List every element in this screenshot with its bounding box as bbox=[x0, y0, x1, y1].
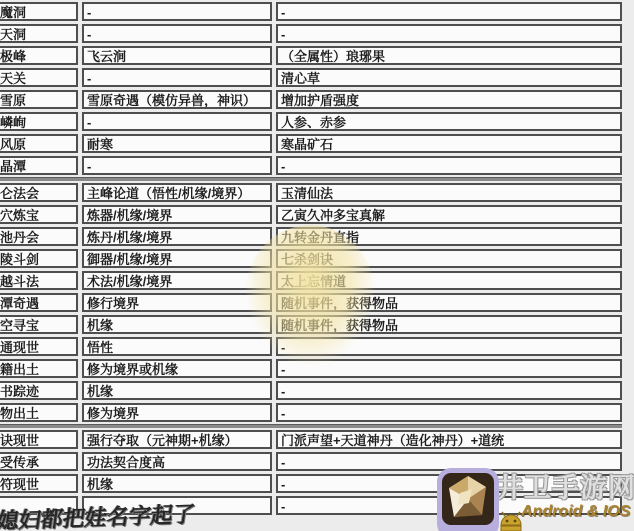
condition-cell: - bbox=[82, 68, 272, 87]
condition-cell: 修为境界或机缘 bbox=[82, 359, 272, 378]
table-row: 通现世悟性- bbox=[0, 337, 634, 356]
table-row: 空寻宝机缘随机事件，获得物品 bbox=[0, 315, 634, 334]
reward-cell: - bbox=[276, 24, 622, 43]
row-label-cell: 符现世 bbox=[0, 474, 78, 493]
platform-watermark: Android & IOS bbox=[521, 503, 630, 521]
reward-cell: - bbox=[276, 2, 622, 21]
table-row: 诀现世强行夺取（元神期+机缘）门派声望+天道神丹（造化神丹）+道统 bbox=[0, 430, 634, 449]
reward-cell: 寒晶矿石 bbox=[276, 134, 622, 153]
condition-cell: - bbox=[82, 24, 272, 43]
row-label-cell: 书踪迹 bbox=[0, 381, 78, 400]
table-row: 天关-清心草 bbox=[0, 68, 634, 87]
row-label-cell: 天洞 bbox=[0, 24, 78, 43]
table-row: 潭奇遇修行境界随机事件，获得物品 bbox=[0, 293, 634, 312]
condition-cell: 机缘 bbox=[82, 315, 272, 334]
reward-cell: - bbox=[276, 156, 622, 175]
meme-caption-overlay: 媳妇都把娃名字起了 bbox=[0, 497, 197, 531]
reward-cell: 太上忘情道 bbox=[276, 271, 622, 290]
condition-cell: - bbox=[82, 112, 272, 131]
table-row: 极峰飞云涧（全属性）琅琊果 bbox=[0, 46, 634, 65]
row-label-cell: 陵斗剑 bbox=[0, 249, 78, 268]
reward-cell: 门派声望+天道神丹（造化神丹）+道统 bbox=[276, 430, 622, 449]
table-row: 风原耐寒寒晶矿石 bbox=[0, 134, 634, 153]
table-row: 嶙峋-人参、赤参 bbox=[0, 112, 634, 131]
reward-cell: 随机事件，获得物品 bbox=[276, 293, 622, 312]
site-watermark: 井卫手游网 bbox=[496, 466, 634, 505]
table-row: 籍出土修为境界或机缘- bbox=[0, 359, 634, 378]
game-guide-table-screenshot: 魔洞--天洞--极峰飞云涧（全属性）琅琊果天关-清心草雪原雪原奇遇（模仿异兽，神… bbox=[0, 0, 634, 531]
condition-cell: - bbox=[82, 156, 272, 175]
section-divider bbox=[0, 177, 622, 181]
table-row: 书踪迹机缘- bbox=[0, 381, 634, 400]
row-label-cell: 籍出土 bbox=[0, 359, 78, 378]
reward-cell: 玉清仙法 bbox=[276, 183, 622, 202]
row-label-cell: 仑法会 bbox=[0, 183, 78, 202]
condition-cell: 修为境界 bbox=[82, 403, 272, 422]
row-label-cell: 极峰 bbox=[0, 46, 78, 65]
table-row: 魔洞-- bbox=[0, 2, 634, 21]
condition-cell: - bbox=[82, 2, 272, 21]
reward-cell: - bbox=[276, 359, 622, 378]
condition-cell: 主峰论道（悟性/机缘/境界） bbox=[82, 183, 272, 202]
table-row: 物出土修为境界- bbox=[0, 403, 634, 422]
condition-cell: 炼丹/机缘/境界 bbox=[82, 227, 272, 246]
row-label-cell: 越斗法 bbox=[0, 271, 78, 290]
condition-cell: 术法/机缘/境界 bbox=[82, 271, 272, 290]
row-label-cell: 魔洞 bbox=[0, 2, 78, 21]
condition-cell: 炼器/机缘/境界 bbox=[82, 205, 272, 224]
reward-cell: 乙寅久冲多宝真解 bbox=[276, 205, 622, 224]
gem-icon bbox=[442, 473, 494, 525]
row-label-cell: 受传承 bbox=[0, 452, 78, 471]
reward-cell: 人参、赤参 bbox=[276, 112, 622, 131]
condition-cell: 雪原奇遇（模仿异兽，神识） bbox=[82, 90, 272, 109]
reward-cell: - bbox=[276, 337, 622, 356]
condition-cell: 功法契合度高 bbox=[82, 452, 272, 471]
row-label-cell: 物出土 bbox=[0, 403, 78, 422]
table-row: 天洞-- bbox=[0, 24, 634, 43]
gem-app-icon bbox=[437, 468, 499, 531]
reward-cell: - bbox=[276, 403, 622, 422]
condition-cell: 耐寒 bbox=[82, 134, 272, 153]
condition-cell: 飞云涧 bbox=[82, 46, 272, 65]
table-row: 晶潭-- bbox=[0, 156, 634, 175]
row-label-cell: 潭奇遇 bbox=[0, 293, 78, 312]
guide-table: 魔洞--天洞--极峰飞云涧（全属性）琅琊果天关-清心草雪原雪原奇遇（模仿异兽，神… bbox=[0, 2, 634, 518]
row-label-cell: 雪原 bbox=[0, 90, 78, 109]
row-label-cell: 穴炼宝 bbox=[0, 205, 78, 224]
row-label-cell: 空寻宝 bbox=[0, 315, 78, 334]
section-divider bbox=[0, 424, 622, 428]
reward-cell: 九转金丹直指 bbox=[276, 227, 622, 246]
reward-cell: （全属性）琅琊果 bbox=[276, 46, 622, 65]
table-row: 陵斗剑御器/机缘/境界七杀剑诀 bbox=[0, 249, 634, 268]
row-label-cell: 嶙峋 bbox=[0, 112, 78, 131]
reward-cell: 清心草 bbox=[276, 68, 622, 87]
row-label-cell: 晶潭 bbox=[0, 156, 78, 175]
reward-cell: 七杀剑诀 bbox=[276, 249, 622, 268]
table-row: 池丹会炼丹/机缘/境界九转金丹直指 bbox=[0, 227, 634, 246]
table-row: 越斗法术法/机缘/境界太上忘情道 bbox=[0, 271, 634, 290]
row-label-cell: 诀现世 bbox=[0, 430, 78, 449]
condition-cell: 机缘 bbox=[82, 474, 272, 493]
row-label-cell: 通现世 bbox=[0, 337, 78, 356]
condition-cell: 强行夺取（元神期+机缘） bbox=[82, 430, 272, 449]
reward-cell: 增加护盾强度 bbox=[276, 90, 622, 109]
condition-cell: 悟性 bbox=[82, 337, 272, 356]
condition-cell: 机缘 bbox=[82, 381, 272, 400]
row-label-cell: 池丹会 bbox=[0, 227, 78, 246]
condition-cell: 修行境界 bbox=[82, 293, 272, 312]
row-label-cell: 风原 bbox=[0, 134, 78, 153]
table-row: 穴炼宝炼器/机缘/境界乙寅久冲多宝真解 bbox=[0, 205, 634, 224]
reward-cell: 随机事件，获得物品 bbox=[276, 315, 622, 334]
table-row: 雪原雪原奇遇（模仿异兽，神识）增加护盾强度 bbox=[0, 90, 634, 109]
table-row: 仑法会主峰论道（悟性/机缘/境界）玉清仙法 bbox=[0, 183, 634, 202]
row-label-cell: 天关 bbox=[0, 68, 78, 87]
condition-cell: 御器/机缘/境界 bbox=[82, 249, 272, 268]
android-robot-icon bbox=[499, 511, 523, 531]
reward-cell: - bbox=[276, 381, 622, 400]
